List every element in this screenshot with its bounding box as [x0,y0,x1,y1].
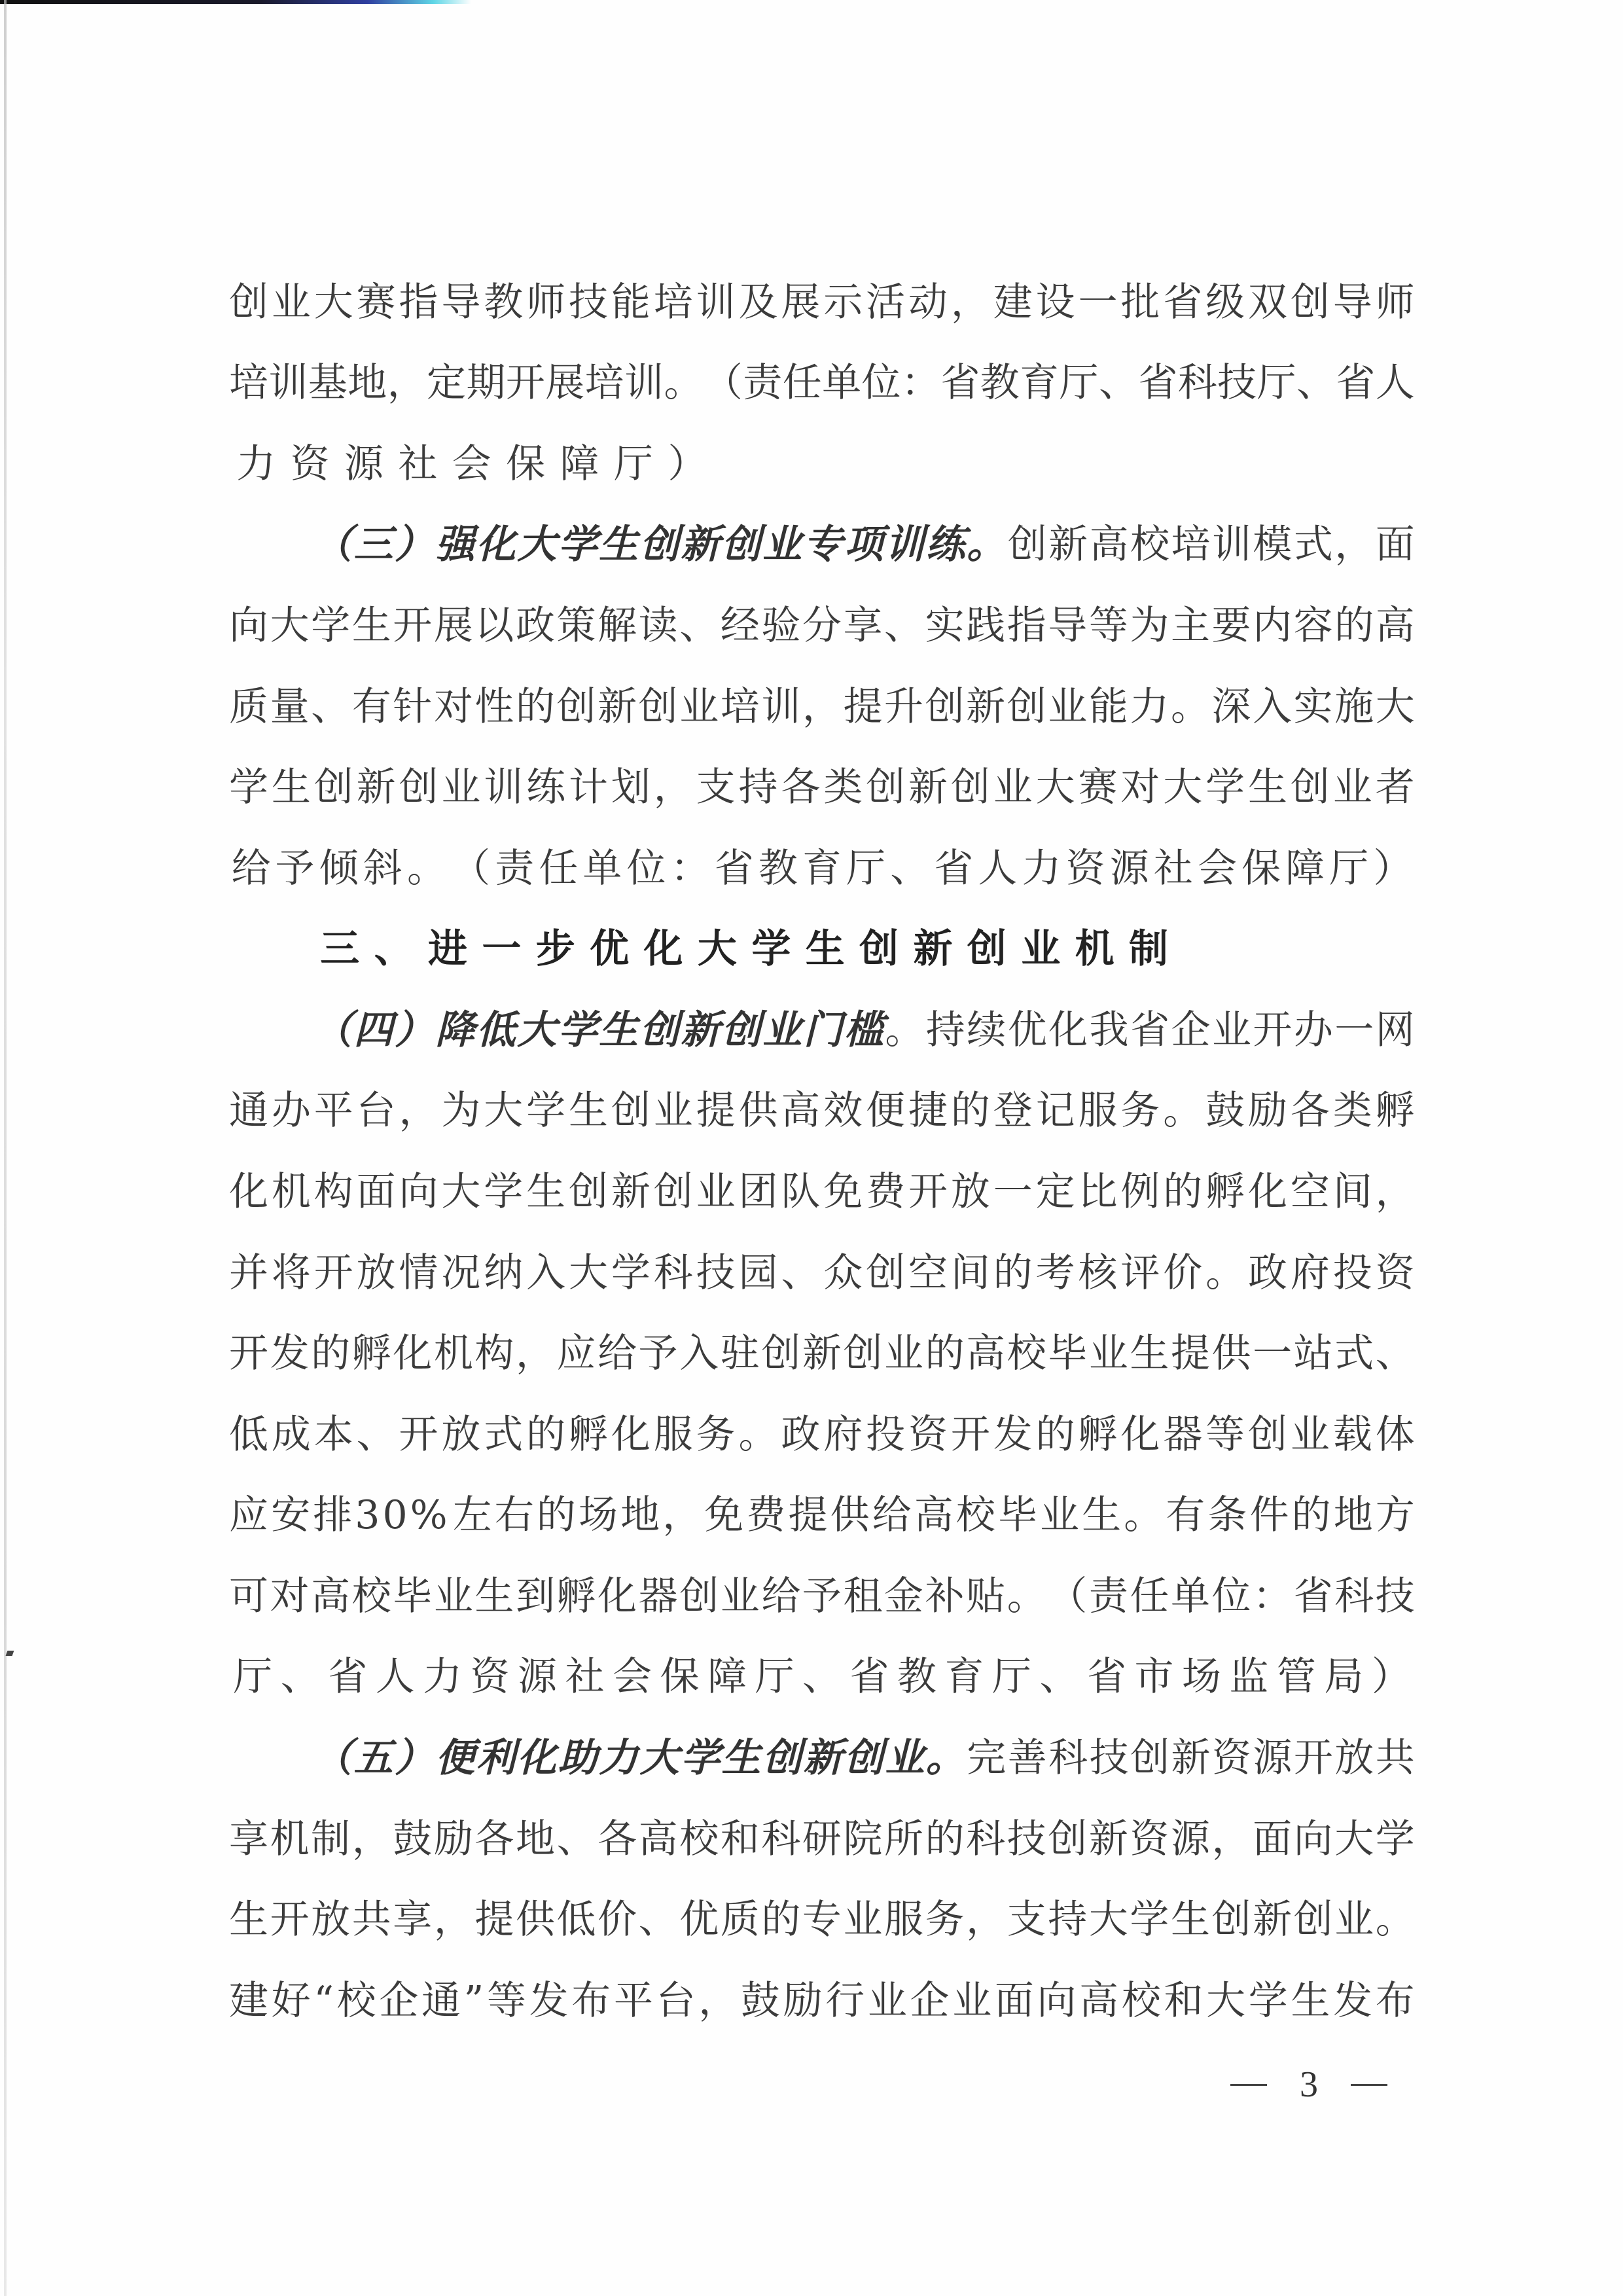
text-line: 厅、省人力资源社会保障厅、省教育厅、省市场监管局） [229,1651,1415,1703]
text-line: 通办平台，为大学生创业提供高效便捷的登记服务。鼓励各类孵 [229,1085,1415,1137]
text-line: 创业大赛指导教师技能培训及展示活动，建设一批省级双创导师 [229,276,1415,329]
page-number: 3 [1300,2064,1318,2106]
text-line: 建好“校企通”等发布平台，鼓励行业企业面向高校和大学生发布 [229,1975,1415,2027]
text-line: 化机构面向大学生创新创业团队免费开放一定比例的孵化空间， [229,1166,1415,1218]
text-line: 低成本、开放式的孵化服务。政府投资开发的孵化器等创业载体 [229,1408,1415,1461]
text-line: 可对高校毕业生到孵化器创业给予租金补贴。（责任单位：省科技 [229,1570,1415,1623]
text-line: （五）便利化助力大学生创新创业。完善科技创新资源开放共 [313,1732,1415,1784]
text-line: 质量、有针对性的创新创业培训，提升创新创业能力。深入实施大 [229,681,1415,733]
text-line: 开发的孵化机构，应给予入驻创新创业的高校毕业生提供一站式、 [229,1327,1415,1380]
text-line: 向大学生开展以政策解读、经验分享、实践指导等为主要内容的高 [229,600,1415,652]
text-line: 培训基地，定期开展培训。（责任单位：省教育厅、省科技厅、省人 [229,357,1415,409]
text-line: 学生创新创业训练计划，支持各类创新创业大赛对大学生创业者 [229,761,1415,814]
scan-speck [6,1651,14,1656]
text-line: 力资源社会保障厅） [229,438,1415,490]
text-line: （三）强化大学生创新创业专项训练。创新高校培训模式，面 [313,518,1415,571]
scan-edge-top [0,0,471,4]
text-line: 生开放共享，提供低价、优质的专业服务，支持大学生创新创业。 [229,1893,1415,1946]
dash-left [1230,2084,1267,2086]
text-line: 给予倾斜。（责任单位：省教育厅、省人力资源社会保障厅） [229,842,1415,895]
section-heading: 三、进一步优化大学生创新创业机制 [313,923,1415,975]
text-line: 并将开放情况纳入大学科技园、众创空间的考核评价。政府投资 [229,1247,1415,1299]
text-line: 享机制，鼓励各地、各高校和科研院所的科技创新资源，面向大学 [229,1813,1415,1865]
dash-right [1351,2084,1387,2086]
text-line: （四）降低大学生创新创业门槛。持续优化我省企业开办一网 [313,1004,1415,1056]
page-number-footer: 3 [1230,2065,1387,2104]
scan-edge-left [4,0,7,2296]
text-line: 应安排30%左右的场地，免费提供给高校毕业生。有条件的地方 [229,1489,1415,1541]
